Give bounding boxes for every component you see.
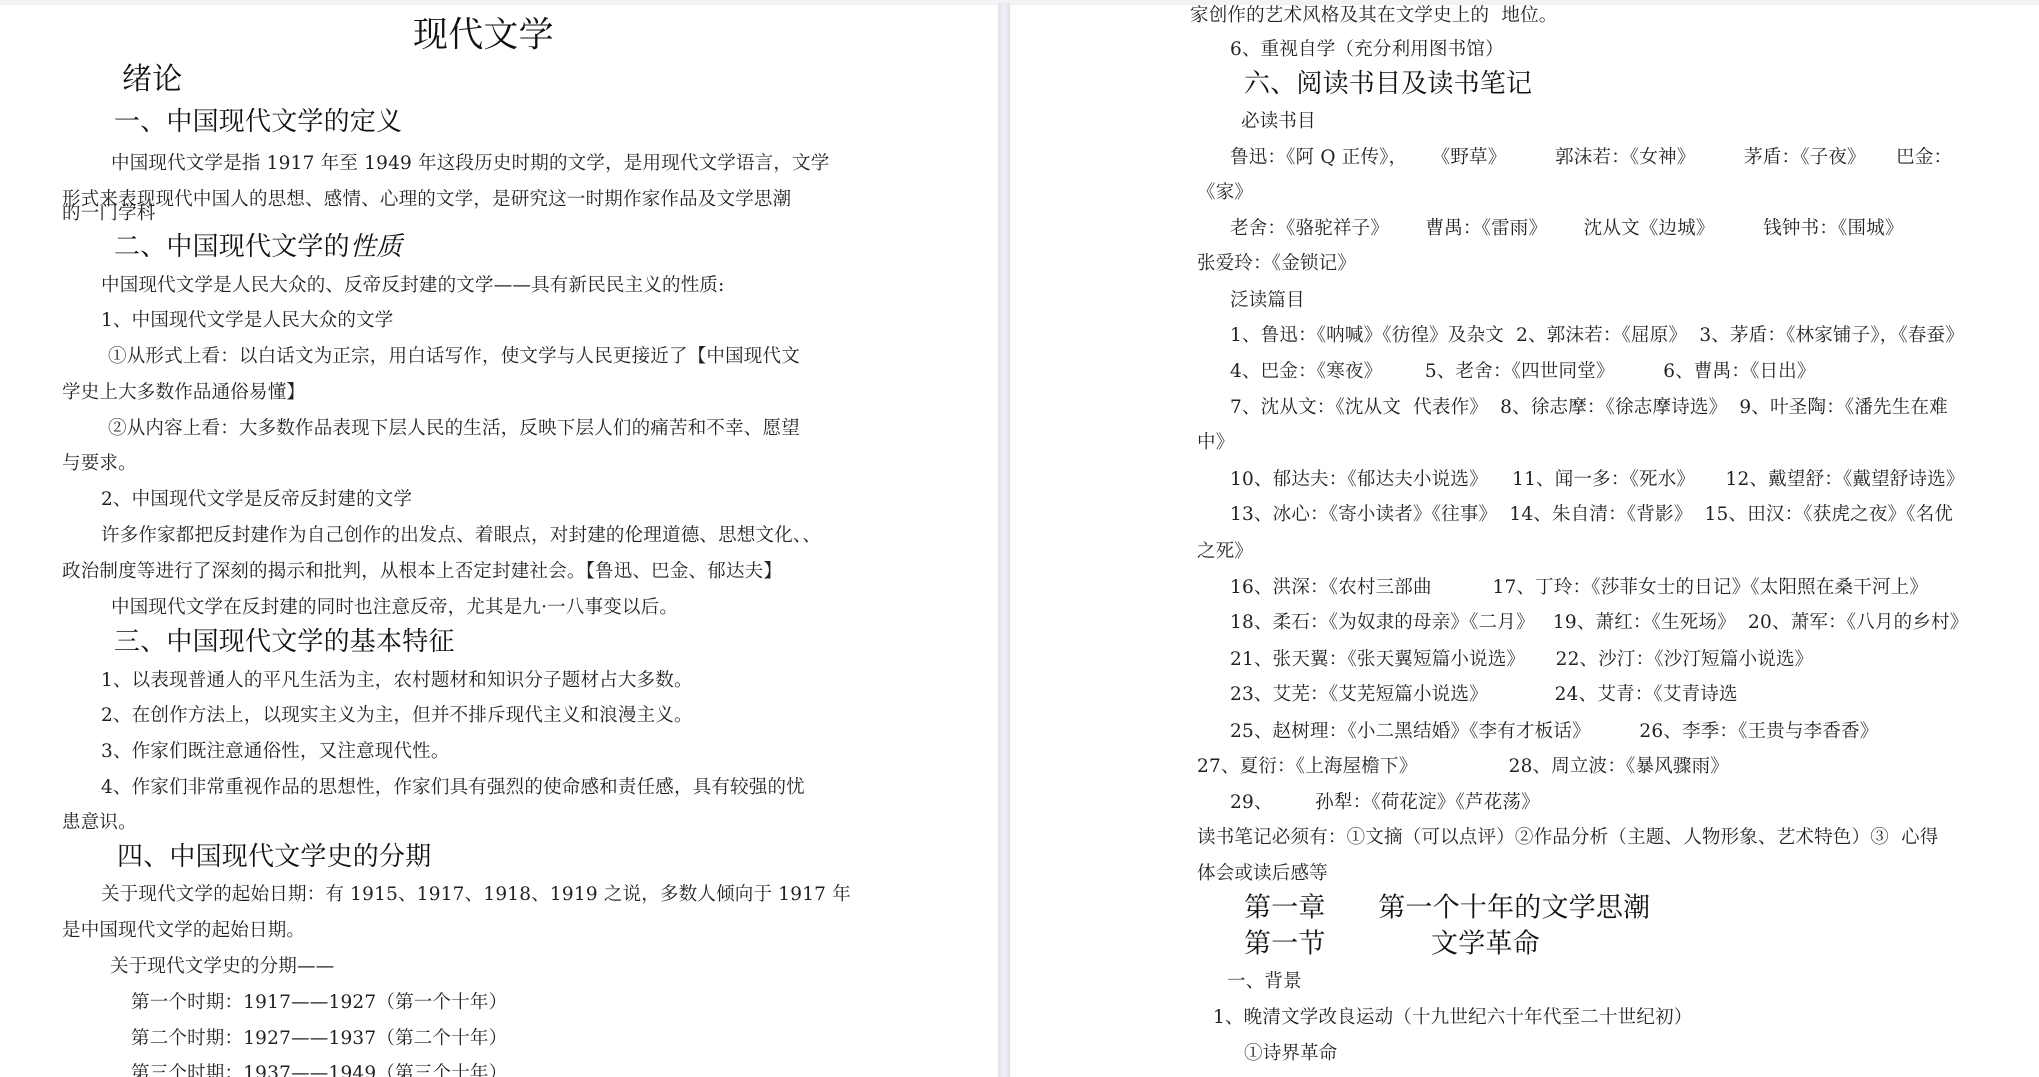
paragraph-line: ①诗界革命 bbox=[1244, 1045, 1338, 1064]
subheading-extended: 泛读篇目 bbox=[1230, 292, 1305, 311]
reading-list-line: 25、赵树理：《小二黑结婚》《李有才板话》 26、李季：《王贵与李香香》 bbox=[1230, 723, 1878, 742]
reading-list-line: 之死》 bbox=[1197, 543, 1253, 562]
paragraph-line: 政治制度等进行了深刻的揭示和批判，从根本上否定封建社会。【鲁迅、巴金、郁达夫】 bbox=[62, 563, 782, 582]
reading-list-line: 鲁迅：《阿 Q 正传》， 《野草》 郭沫若：《女神》 茅盾：《子夜》 巴金： bbox=[1230, 149, 1952, 168]
heading-text-italic: 性质 bbox=[350, 232, 402, 262]
paragraph-line: 4、作家们非常重视作品的思想性，作家们具有强烈的使命感和责任感，具有较强的忧 bbox=[101, 779, 805, 798]
document-title: 现代文学 bbox=[413, 19, 554, 54]
paragraph-line: 关于现代文学的起始日期：有 1915、1917、1918、1919 之说，多数人… bbox=[101, 886, 851, 905]
paragraph-line: 关于现代文学史的分期—— bbox=[110, 958, 334, 977]
subheading-required: 必读书目 bbox=[1241, 113, 1316, 132]
reading-list-line: 18、柔石：《为奴隶的母亲》《二月》 19、萧红：《生死场》 20、萧军：《八月… bbox=[1230, 614, 1968, 633]
section-heading-definition: 一、中国现代文学的定义 bbox=[114, 109, 402, 135]
period-item: 第一个时期：1917——1927（第一个十年） bbox=[131, 994, 507, 1013]
section-heading-periods: 四、中国现代文学史的分期 bbox=[117, 844, 431, 870]
reading-list-line: 10、郁达夫：《郁达夫小说选》 11、闻一多：《死水》 12、戴望舒：《戴望舒诗… bbox=[1230, 471, 1965, 490]
document-page-left: 现代文学 绪论 一、中国现代文学的定义 中国现代文学是指 1917 年至 194… bbox=[0, 5, 998, 1077]
notes-requirement-line: 读书笔记必须有：①文摘（可以点评）②作品分析（主题、人物形象、艺术特色）③ 心得 bbox=[1197, 829, 1938, 848]
section-heading-nature: 二、中国现代文学的性质 bbox=[114, 234, 402, 260]
paragraph-line: 2、在创作方法上，以现实主义为主，但并不排斥现代主义和浪漫主义。 bbox=[101, 707, 693, 726]
heading-text: 二、中国现代文学的 bbox=[114, 232, 350, 262]
reading-list-line: 张爱玲：《金锁记》 bbox=[1197, 255, 1356, 274]
paragraph-line: 许多作家都把反封建作为自己创作的出发点、着眼点，对封建的伦理道德、思想文化、、 bbox=[101, 527, 821, 546]
reading-list-line: 23、艾芜：《艾芜短篇小说选》 24、艾青：《艾青诗选 bbox=[1230, 686, 1738, 705]
reading-list-line: 7、沈从文：《沈从文 代表作》 8、徐志摩：《徐志摩诗选》 9、叶圣陶：《潘先生… bbox=[1230, 399, 1948, 418]
reading-list-line: 1、鲁迅：《呐喊》《彷徨》及杂文 2、郭沫若：《屈原》 3、茅盾：《林家铺子》，… bbox=[1230, 327, 1964, 346]
paragraph-line: 学史上大多数作品通俗易懂】 bbox=[62, 384, 305, 403]
section-heading-reading-list: 六、阅读书目及读书笔记 bbox=[1244, 71, 1532, 97]
paragraph-line: 2、中国现代文学是反帝反封建的文学 bbox=[101, 491, 412, 510]
paragraph-line: 患意识。 bbox=[62, 814, 137, 833]
paragraph-line: 中国现代文学是人民大众的、反帝反封建的文学——具有新民民主义的性质: bbox=[101, 277, 725, 296]
reading-list-line: 16、洪深：《农村三部曲 17、丁玲：《莎菲女士的日记》《太阳照在桑干河上》 bbox=[1230, 579, 1928, 598]
document-page-right: 家创作的艺术风格及其在文学史上的 地位。 6、重视自学（充分利用图书馆） 六、阅… bbox=[1010, 5, 2039, 1077]
reading-list-line: 21、张天翼：《张天翼短篇小说选》 22、沙汀：《沙汀短篇小说选》 bbox=[1230, 651, 1813, 670]
page-gutter bbox=[998, 3, 1010, 1077]
notes-requirement-line: 体会或读后感等 bbox=[1197, 865, 1328, 884]
section-heading-features: 三、中国现代文学的基本特征 bbox=[114, 629, 455, 655]
paragraph-line: 1、中国现代文学是人民大众的文学 bbox=[101, 312, 393, 331]
period-item: 第二个时期：1927——1937（第二个十年） bbox=[131, 1030, 507, 1049]
paragraph-line: 与要求。 bbox=[62, 455, 137, 474]
paragraph-line: ①从形式上看：以白话文为正宗，用白话写作，使文学与人民更接近了【中国现代文 bbox=[108, 348, 800, 367]
paragraph-line: 形式来表现现代中国人的思想、感情、心理的文学，是研究这一时期作家作品及文学思潮 bbox=[62, 191, 791, 210]
paragraph-line: 1、晚清文学改良运动（十九世纪六十年代至二十世纪初） bbox=[1213, 1009, 1692, 1028]
paragraph-line: 3、作家们既注意通俗性，又注意现代性。 bbox=[101, 743, 450, 762]
chapter-heading: 第一章 第一个十年的文学思潮 bbox=[1244, 895, 1650, 922]
paragraph-line: 是中国现代文学的起始日期。 bbox=[62, 922, 305, 941]
reading-list-line: 中》 bbox=[1197, 434, 1234, 453]
reading-list-line: 《家》 bbox=[1197, 184, 1253, 203]
reading-list-line: 29、 孙犁：《荷花淀》《芦花荡》 bbox=[1230, 794, 1540, 813]
paragraph-line: ②从内容上看：大多数作品表现下层人民的生活，反映下层人们的痛苦和不幸、愿望 bbox=[108, 420, 800, 439]
paragraph-line: 中国现代文学在反封建的同时也注意反帝，尤其是九·一八事变以后。 bbox=[111, 599, 678, 618]
reading-list-line: 13、冰心：《寄小读者》《往事》 14、朱自清：《背影》 15、田汉：《获虎之夜… bbox=[1230, 506, 1953, 525]
paragraph-line: 家创作的艺术风格及其在文学史上的 地位。 bbox=[1190, 7, 1557, 26]
reading-list-line: 27、夏衍：《上海屋檐下》 28、周立波：《暴风骤雨》 bbox=[1197, 758, 1729, 777]
period-item: 第三个时期：1937——1949（第三个十年） bbox=[131, 1065, 507, 1077]
reading-list-line: 4、巴金：《寒夜》 5、老舍：《四世同堂》 6、曹禺：《日出》 bbox=[1230, 363, 1816, 382]
paragraph-line: 1、以表现普通人的平凡生活为主，农村题材和知识分子题材占大多数。 bbox=[101, 672, 693, 691]
subsection-heading: 一、背景 bbox=[1227, 973, 1302, 992]
section-heading: 第一节 文学革命 bbox=[1244, 931, 1540, 958]
paragraph-line: 的一门学科 bbox=[62, 205, 156, 224]
paragraph-line: 6、重视自学（充分利用图书馆） bbox=[1230, 41, 1504, 60]
paragraph-line: 中国现代文学是指 1917 年至 1949 年这段历史时期的文学，是用现代文学语… bbox=[111, 155, 830, 174]
reading-list-line: 老舍：《骆驼祥子》 曹禺：《雷雨》 沈从文《边城》 钱钟书：《围城》 bbox=[1230, 220, 1904, 239]
intro-heading: 绪论 bbox=[122, 65, 182, 95]
